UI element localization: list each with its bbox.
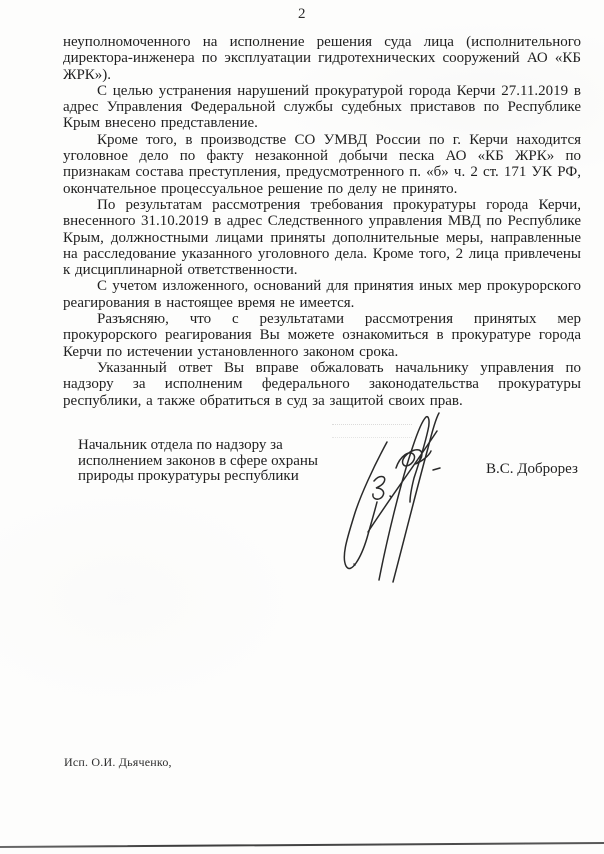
paragraph: Кроме того, в производстве СО УМВД Росси… <box>63 132 581 197</box>
handwritten-signature-icon <box>330 404 465 589</box>
executor-note: Исп. О.И. Дьяченко, <box>64 755 172 770</box>
paragraph: С учетом изложенного, оснований для прин… <box>63 278 581 311</box>
paragraph: С целью устранения нарушений прокуратуро… <box>63 83 581 132</box>
scan-edge-line <box>0 842 604 848</box>
page-number: 2 <box>0 6 604 23</box>
paragraph: Указанный ответ Вы вправе обжаловать нач… <box>63 360 581 409</box>
paragraph: По результатам рассмотрения требования п… <box>63 197 581 278</box>
paragraph-continuation: неуполномоченного на исполнение решения … <box>63 34 581 83</box>
letter-body: неуполномоченного на исполнение решения … <box>63 34 581 409</box>
document-page: 2 неуполномоченного на исполнение решени… <box>0 0 604 854</box>
paragraph: Разъясняю, что с результатами рассмотрен… <box>63 311 581 360</box>
signer-name: В.С. Доброрез <box>486 461 578 478</box>
